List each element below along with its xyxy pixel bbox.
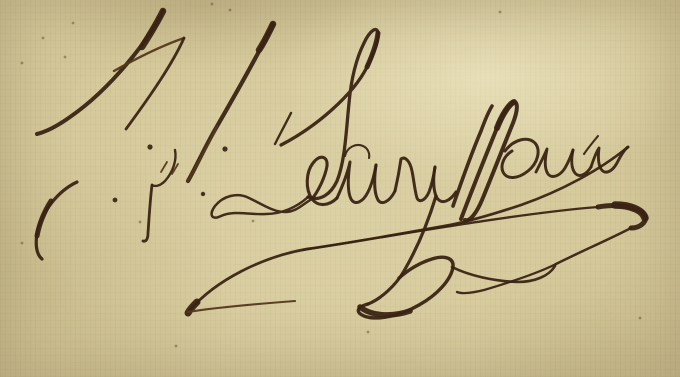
initial1-downstroke-head — [142, 11, 163, 47]
letter-n — [395, 158, 435, 201]
paper-speck — [21, 62, 24, 65]
paper-speck — [175, 345, 178, 348]
capital-L-undercurl — [212, 195, 312, 217]
paper-speck — [639, 317, 642, 320]
capital-L — [281, 30, 378, 199]
flourish-stem — [368, 196, 436, 304]
flourish-return-line — [188, 301, 295, 312]
left-mark-paren-thick — [37, 201, 51, 236]
left-mark-tick1 — [161, 162, 167, 172]
flourish-crest-descent — [556, 228, 631, 264]
flourish-bar — [303, 207, 598, 250]
flourish-leaf-tail — [452, 266, 555, 282]
paper-speck — [211, 3, 214, 6]
initial2-return-hairline — [188, 126, 217, 181]
letter-e3 — [502, 139, 538, 177]
paper-speck — [252, 220, 255, 223]
ink-dot-comma — [201, 192, 205, 196]
ink-dot-after-initial2 — [222, 146, 227, 151]
left-mark-stem — [143, 185, 152, 241]
flourish-leaf-bottom-thick — [360, 307, 410, 315]
paper-speck — [499, 11, 502, 14]
paper-speck — [229, 9, 232, 12]
letter-u-min4 — [572, 150, 591, 175]
ink-dot-after-initial1 — [147, 144, 152, 149]
letter-u-min3 — [536, 149, 573, 176]
initial1-downstroke — [37, 11, 163, 134]
paper-speck — [367, 331, 370, 334]
breve-over-u — [345, 145, 369, 158]
letter-u-min1 — [337, 162, 376, 203]
initial2-downstroke-head — [259, 24, 273, 50]
initial1-rising-hairline — [114, 38, 184, 71]
signature-ink — [0, 0, 680, 377]
flourish-crest-thick — [615, 205, 645, 218]
paper-speck — [64, 56, 67, 59]
signature-scan: H. A. Leunessen — [0, 0, 680, 377]
paper-speck — [139, 221, 142, 224]
paper-speck — [72, 22, 75, 25]
paper-speck — [21, 242, 24, 245]
letter-u-min2 — [375, 165, 395, 203]
ink-dot-left-mark — [113, 198, 118, 203]
paper-speck — [42, 37, 45, 40]
capital-L-apex-thick — [367, 33, 378, 67]
